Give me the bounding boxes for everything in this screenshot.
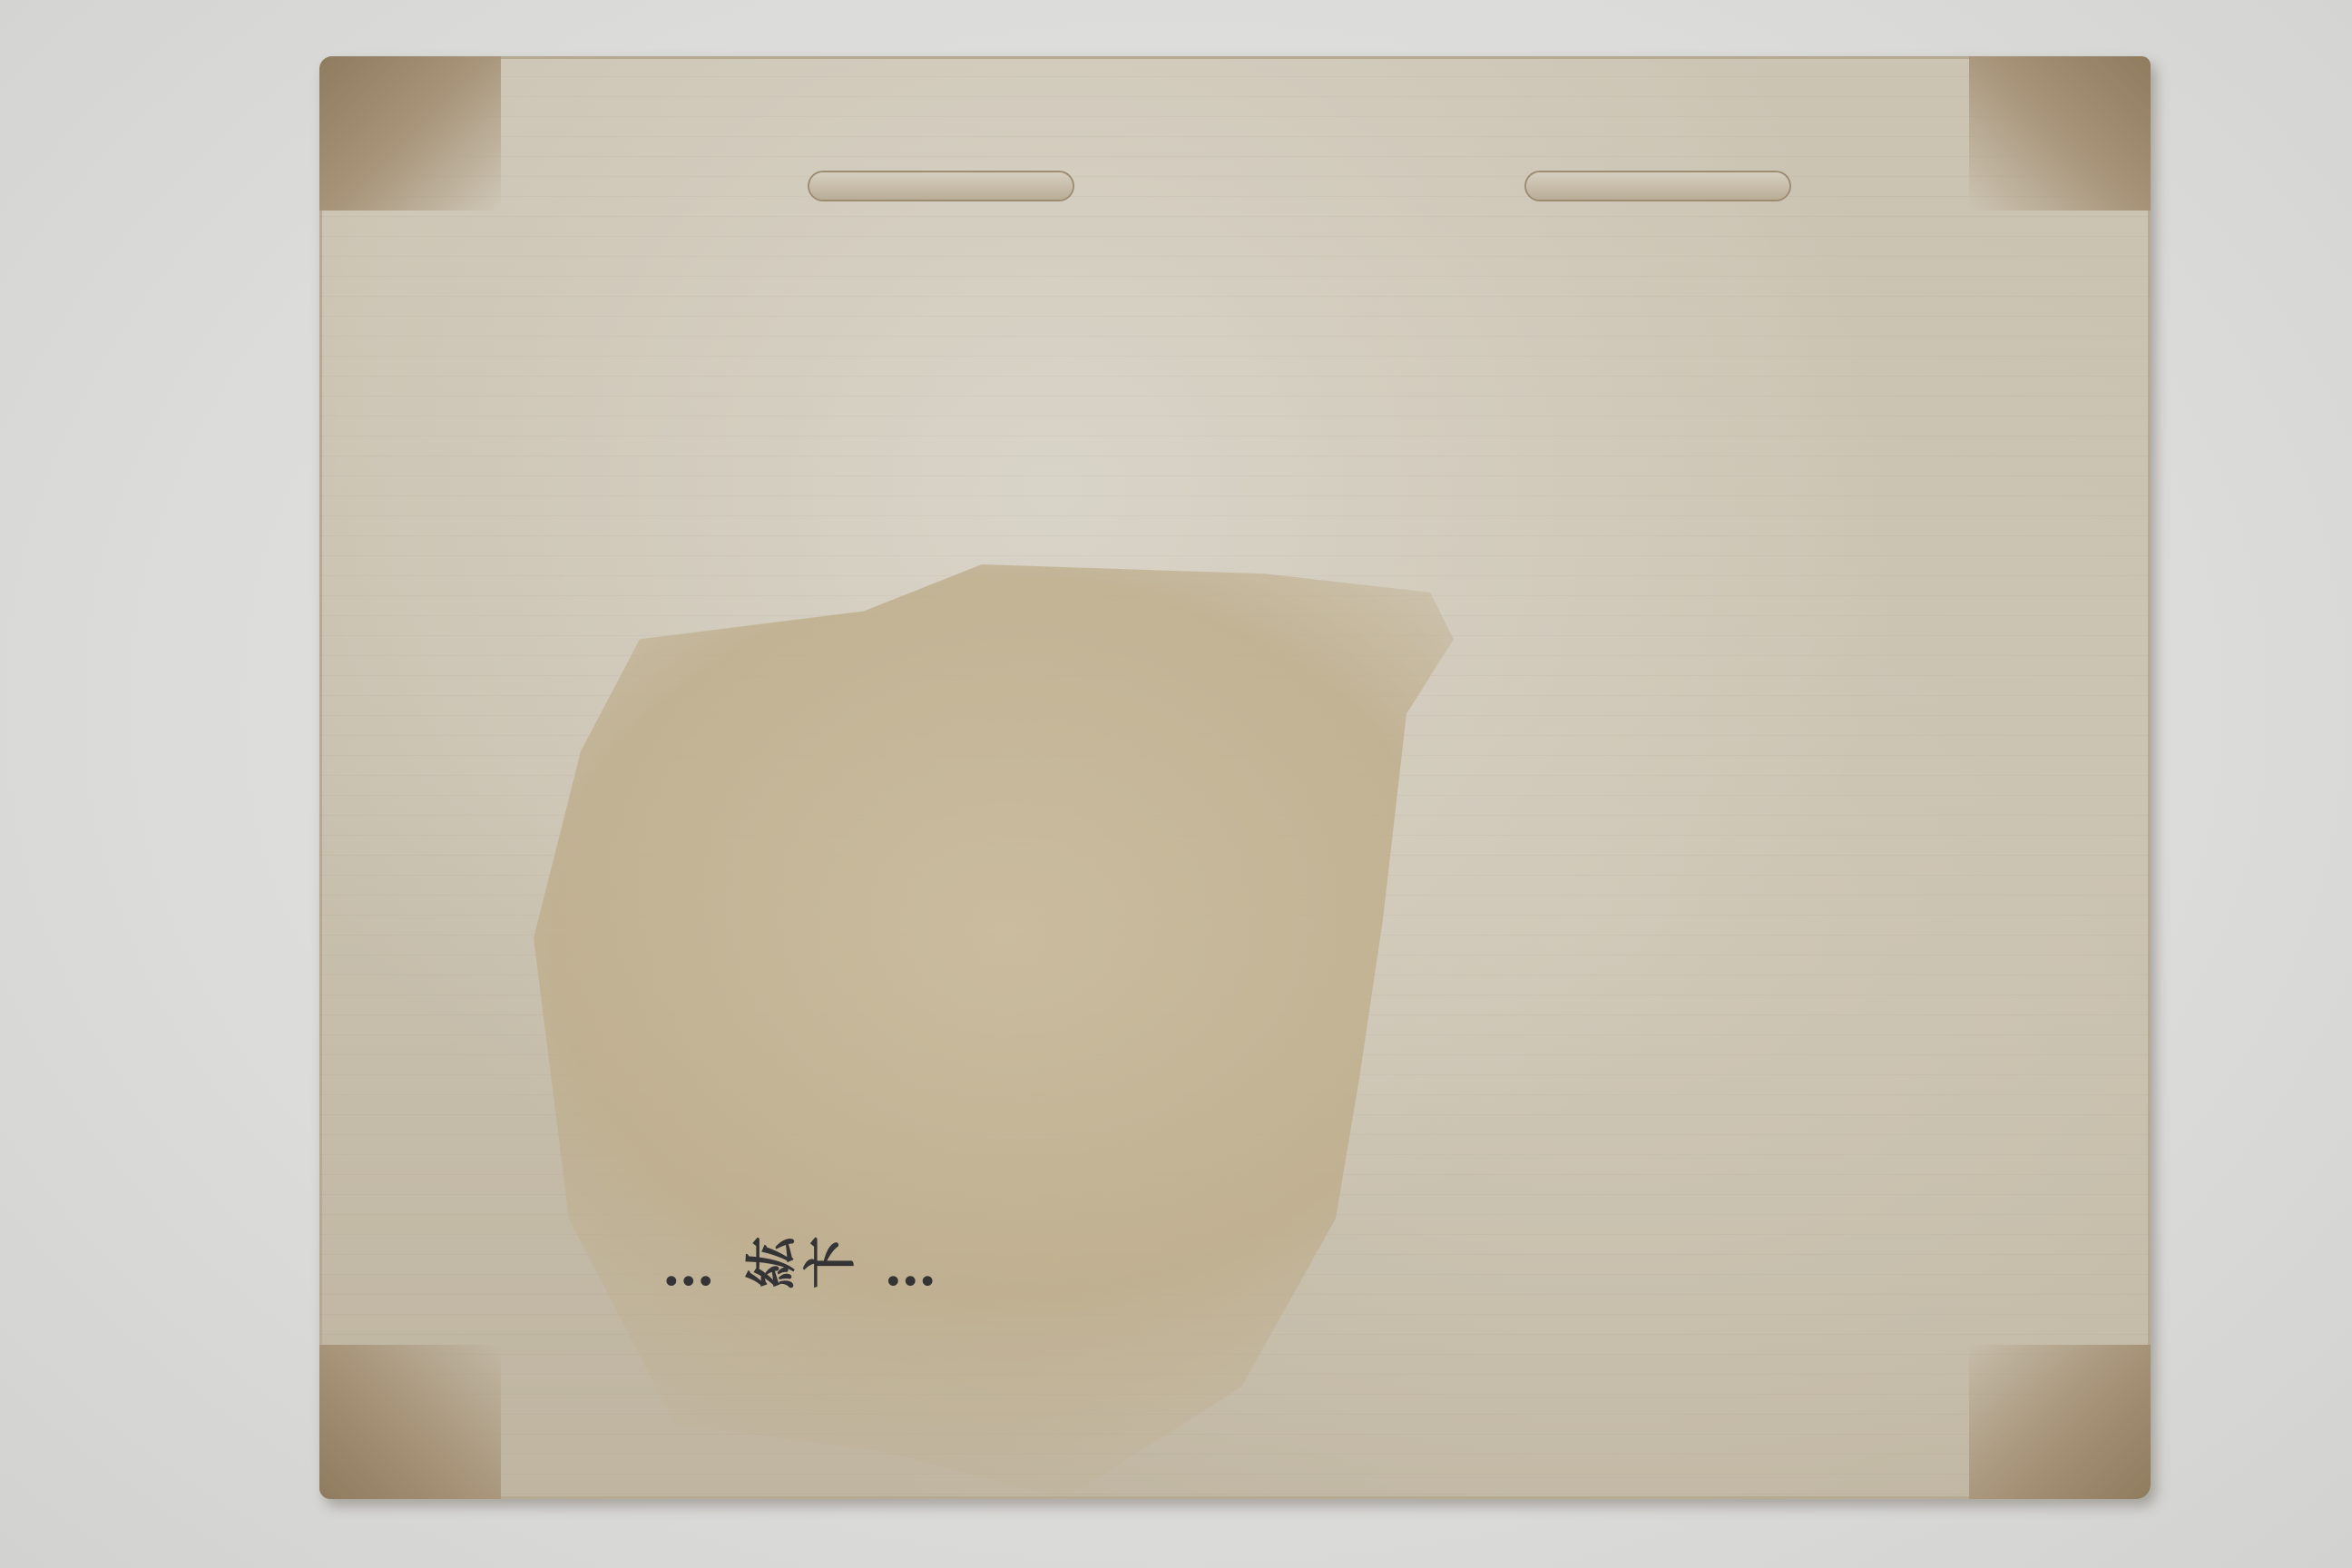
- handwritten-inscription: … 紘卞 …: [662, 1229, 942, 1305]
- corner-wear: [319, 56, 501, 211]
- corner-wear: [319, 1345, 501, 1499]
- corner-wear: [1969, 1345, 2151, 1499]
- corner-wear: [1969, 56, 2151, 211]
- binding-tie: [1526, 172, 1789, 200]
- binding-tie: [809, 172, 1073, 200]
- book-cover: … 紘卞 …: [319, 56, 2151, 1499]
